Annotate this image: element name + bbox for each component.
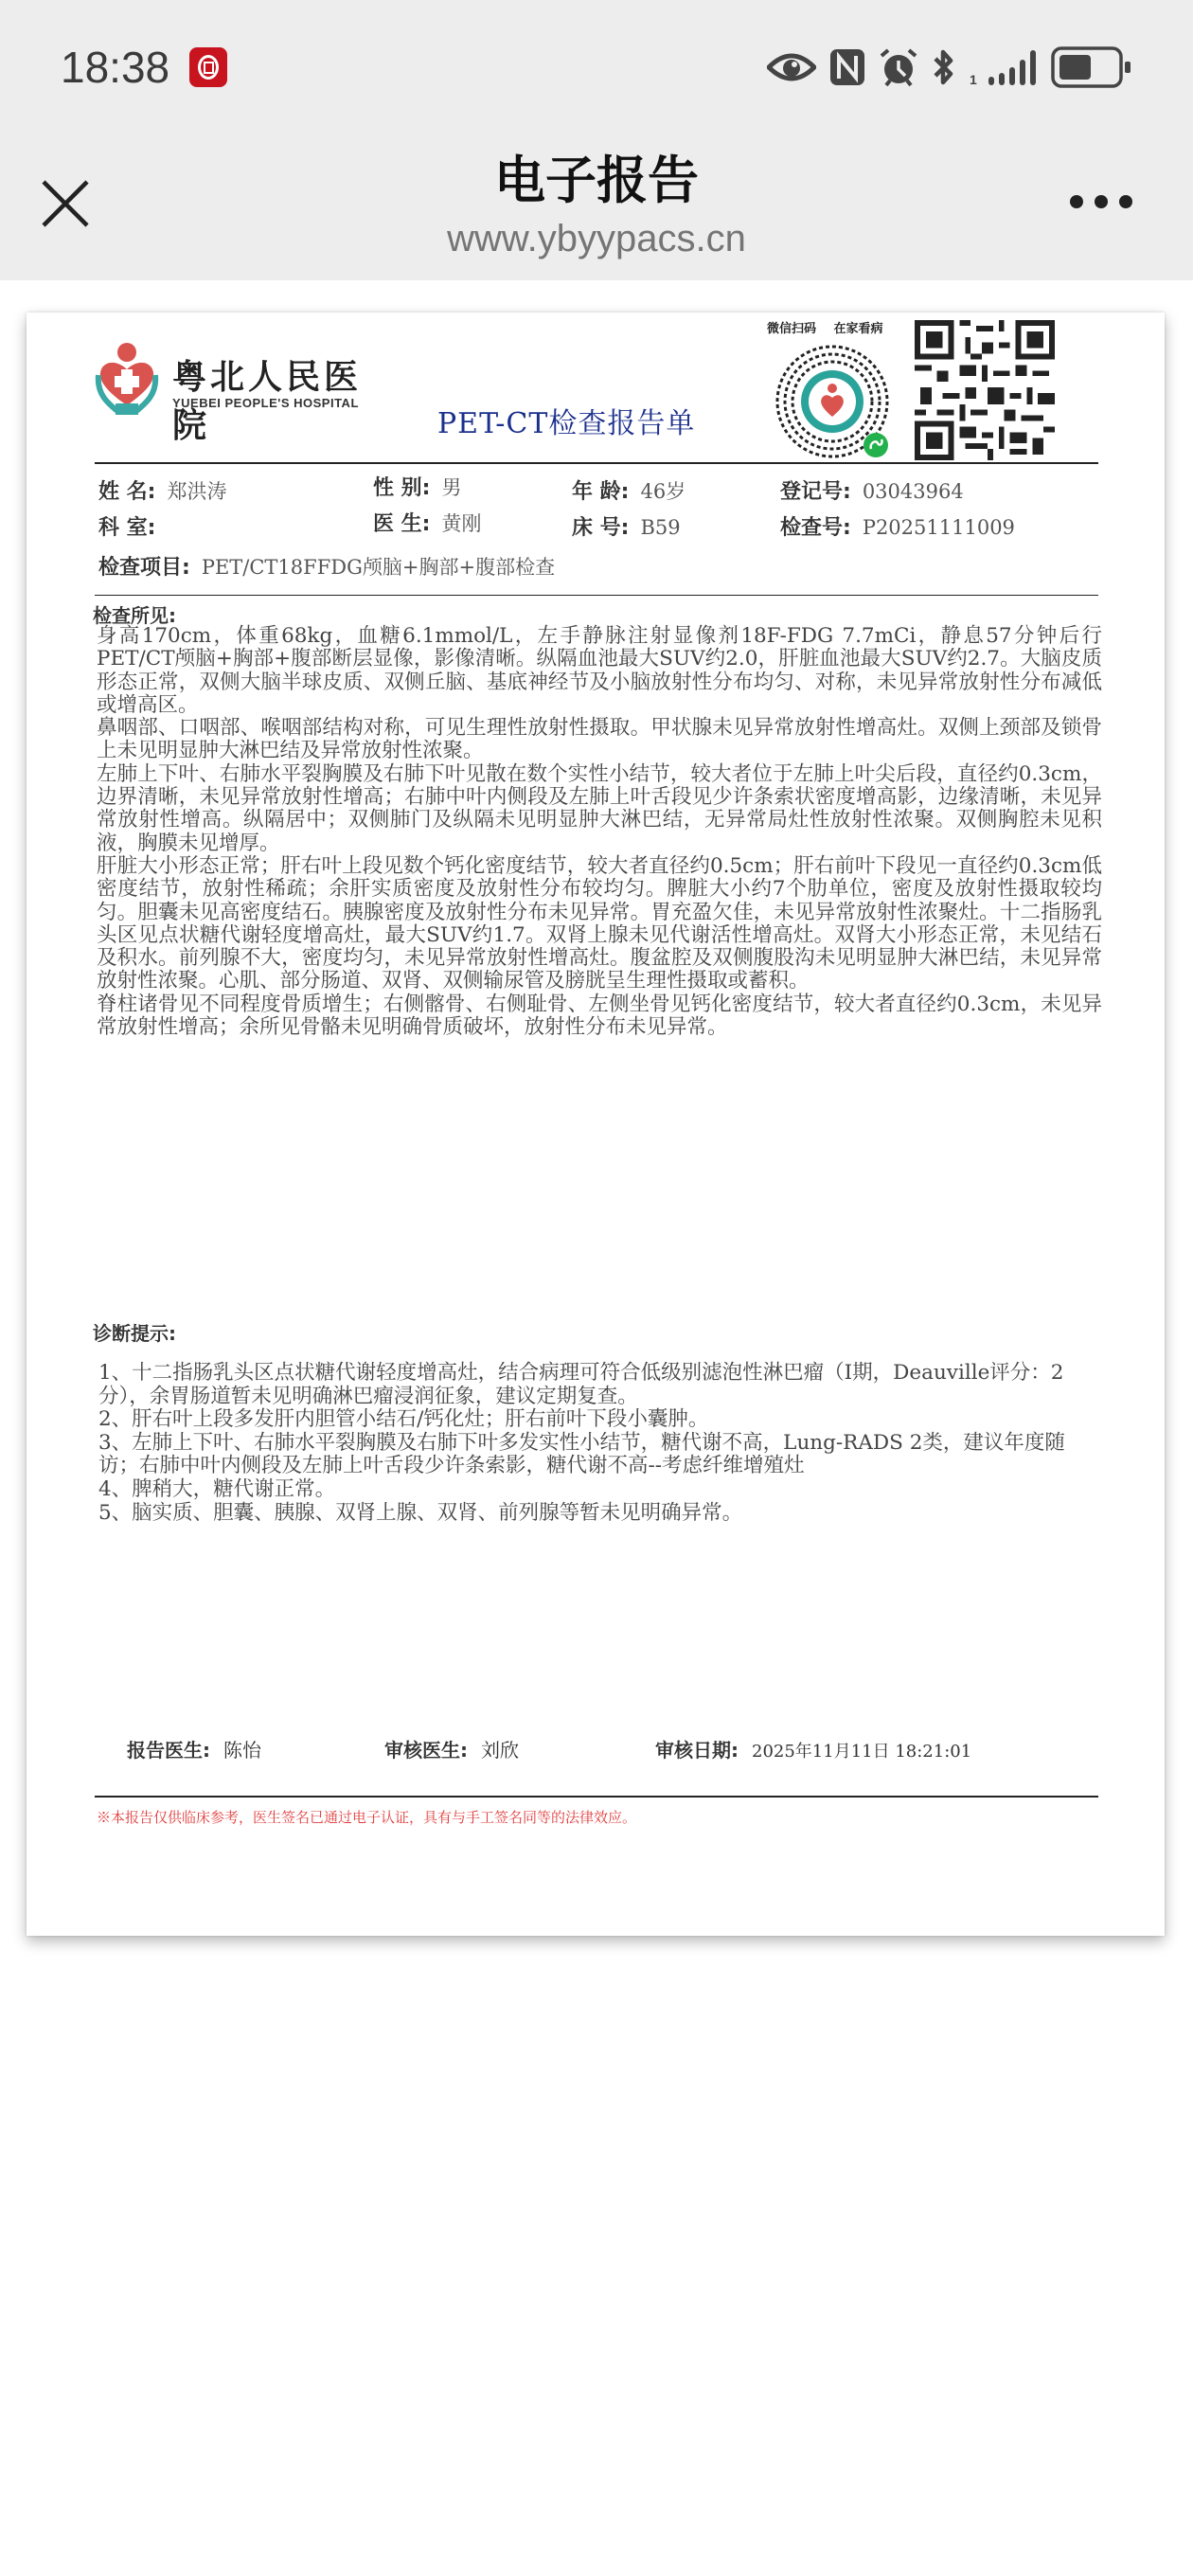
patient-age: 46岁 [640, 480, 686, 503]
name-label: 姓 名: [98, 480, 155, 504]
qr-code-icon [913, 320, 1057, 460]
patient-gender: 男 [441, 476, 461, 499]
bluetooth-icon [932, 47, 956, 87]
alarm-icon [879, 47, 918, 87]
doctor-label: 医 生: [373, 512, 430, 536]
more-icon-dot [1095, 195, 1108, 208]
exam-item-label: 检查项目: [98, 556, 190, 580]
review-date-label: 审核日期: [655, 1739, 739, 1762]
status-time: 18:38 [61, 42, 169, 93]
nfc-icon [829, 48, 865, 86]
exam-number-label: 检查号: [780, 516, 851, 540]
diagnosis-item: 5、脑实质、胆囊、胰腺、双肾上腺、双肾、前列腺等暂未见明确异常。 [98, 1502, 1102, 1526]
findings-text: 身高170cm，体重68kg，血糖6.1mmol/L，左手静脉注射显像剂18F-… [97, 625, 1102, 1039]
doctor-name: 黄刚 [441, 512, 481, 535]
review-doctor: 刘欣 [481, 1739, 519, 1762]
patient-name-field: 姓 名:郑洪涛 [98, 475, 226, 505]
diagnosis-item: 1、十二指肠乳头区点状糖代谢轻度增高灶，结合病理可符合低级别滤泡性淋巴瘤（I期，… [98, 1362, 1102, 1408]
department-field: 科 室: [98, 511, 167, 541]
patient-name: 郑洪涛 [167, 480, 226, 503]
app-notification-icon [189, 47, 227, 87]
bed-label: 床 号: [572, 516, 629, 540]
svg-text:1: 1 [970, 72, 977, 86]
bed-field: 床 号:B59 [572, 511, 681, 541]
diagnosis-item: 2、肝右叶上段多发肝内胆管小结石/钙化灶；肝右前叶下段小囊肿。 [98, 1408, 1102, 1432]
page-url: www.ybyypacs.cn [0, 218, 1193, 260]
battery-icon [1051, 46, 1132, 88]
status-icons: 1 [767, 44, 1132, 91]
finding-paragraph: 肝脏大小形态正常；肝右叶上段见数个钙化密度结节，较大者直径约0.5cm；肝右前叶… [97, 855, 1102, 993]
report-document: 粤北人民医院 YUEBEI PEOPLE'S HOSPITAL PET-CT检查… [27, 313, 1165, 1936]
finding-paragraph: 鼻咽部、口咽部、喉咽部结构对称，可见生理性放射性摄取。甲状腺未见异常放射性增高灶… [97, 717, 1102, 763]
review-date-field: 审核日期:2025年11月11日 18:21:01 [655, 1735, 971, 1762]
disclaimer: ※本报告仅供临床参考，医生签名已通过电子认证，具有与手工签名同等的法律效应。 [97, 1807, 636, 1827]
finding-paragraph: 左肺上下叶、右肺水平裂胸膜及右肺下叶见散在数个实性小结节，较大者位于左肺上叶尖后… [97, 763, 1102, 855]
gender-field: 性 别:男 [373, 472, 461, 501]
page-title: 电子报告 [0, 140, 1193, 213]
more-button[interactable] [1070, 189, 1132, 214]
age-label: 年 龄: [572, 480, 629, 504]
diagnosis-item: 4、脾稍大，糖代谢正常。 [98, 1478, 1102, 1502]
more-icon-dot [1119, 195, 1132, 208]
mini-program-code-icon [770, 339, 895, 464]
registration-field: 登记号:03043964 [780, 475, 964, 505]
doctor-field: 医 生:黄刚 [373, 508, 481, 537]
exam-item-field: 检查项目:PET/CT18FFDG颅脑+胸部+腹部检查 [98, 551, 555, 581]
report-title: PET-CT检查报告单 [437, 400, 695, 441]
signal-icon: 1 [970, 48, 1038, 86]
top-bar: 18:38 1 [0, 0, 1193, 280]
diagnosis-text: 1、十二指肠乳头区点状糖代谢轻度增高灶，结合病理可符合低级别滤泡性淋巴瘤（I期，… [98, 1362, 1102, 1525]
info-divider [95, 595, 1098, 596]
review-doctor-field: 审核医生:刘欣 [384, 1735, 519, 1762]
report-doctor: 陈怡 [223, 1739, 261, 1762]
diagnosis-label: 诊断提示: [93, 1318, 176, 1346]
report-doctor-field: 报告医生:陈怡 [127, 1735, 261, 1762]
exam-number: P20251111009 [863, 516, 1015, 539]
finding-paragraph: 身高170cm，体重68kg，血糖6.1mmol/L，左手静脉注射显像剂18F-… [97, 625, 1102, 717]
review-date: 2025年11月11日 18:21:01 [752, 1742, 971, 1762]
exam-number-field: 检查号:P20251111009 [780, 511, 1015, 541]
report-doctor-label: 报告医生: [127, 1739, 210, 1762]
age-field: 年 龄:46岁 [572, 475, 686, 505]
hospital-logo: 粤北人民医院 YUEBEI PEOPLE'S HOSPITAL [93, 341, 377, 417]
exam-item: PET/CT18FFDG颅脑+胸部+腹部检查 [202, 556, 555, 579]
eye-icon [767, 50, 816, 84]
department-label: 科 室: [98, 516, 155, 540]
header-divider [95, 462, 1098, 464]
hospital-name-en: YUEBEI PEOPLE'S HOSPITAL [172, 396, 359, 410]
gender-label: 性 别: [373, 476, 430, 500]
diagnosis-item: 3、左肺上下叶、右肺水平裂胸膜及右肺下叶多发实性小结节，糖代谢不高，Lung-R… [98, 1432, 1102, 1478]
finding-paragraph: 脊柱诸骨见不同程度骨质增生；右侧髂骨、右侧耻骨、左侧坐骨见钙化密度结节，较大者直… [97, 993, 1102, 1040]
registration-number: 03043964 [863, 480, 964, 503]
footer-divider [95, 1796, 1098, 1798]
bed-number: B59 [640, 516, 680, 539]
hospital-logo-icon [93, 341, 161, 417]
review-doctor-label: 审核医生: [384, 1739, 468, 1762]
registration-label: 登记号: [780, 480, 851, 504]
qr-caption: 微信扫码 在家看病 [767, 318, 883, 336]
more-icon [1070, 195, 1083, 208]
